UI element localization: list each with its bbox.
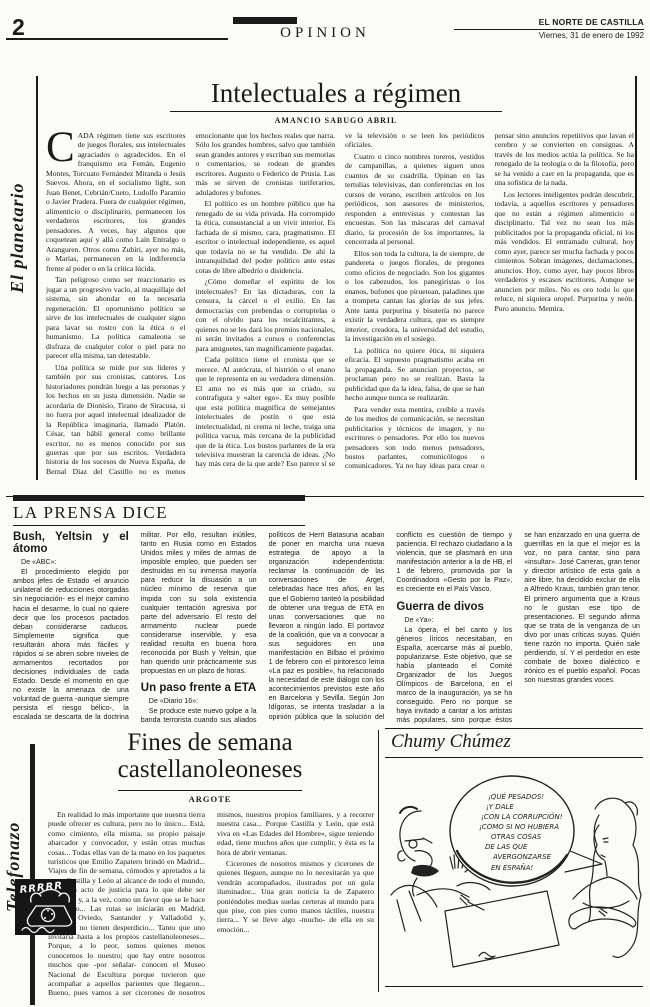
cartoon-rule-mid [385,757,643,758]
bubble-line: ¡Y DALE [486,803,514,811]
woman-figure [569,798,641,957]
article-title: Intelectuales a régimen [36,78,636,109]
cartoon-rule-bottom [385,986,643,987]
masthead-rule [454,29,644,30]
bubble-line: EN ESPAÑA! [491,863,533,872]
press-item-heading: Un paso frente a ETA [141,682,257,694]
vertical-rule [36,76,38,480]
paragraph: Cuatro o cinco nombres toreros, vestidos… [345,152,485,247]
cartoon-author: Chumy Chúmez [391,731,511,753]
thick-vertical-bar [30,744,35,1005]
byline-rule [118,790,302,791]
paragraph: Ellos son toda la cultura, la de siempre… [345,249,485,344]
section-bar [233,17,297,24]
bubble-line: OTRAS COSAS [491,833,542,841]
press-item-heading: Bush, Yeltsin y el átomo [13,531,129,555]
vertical-rule [378,730,379,992]
paragraph: La política no quiere ética, ni siquiera… [345,346,485,403]
section-heading-bar [13,495,305,501]
article-byline: AMANCIO SABUGO ABRIL [36,116,636,125]
newspaper-name: EL NORTE DE CASTILLA [454,17,644,27]
article-body: CADA régimen tiene sus escritores de jue… [46,131,634,477]
vertical-rule [635,76,637,480]
fines-body: En realidad lo más importante que nuestr… [48,810,374,1004]
press-item-heading: Guerra de divos [396,601,512,613]
drop-cap: C [46,131,78,165]
paragraph: ¿Cómo domeñar el espíritu de los intelec… [196,277,336,353]
bubble-line: ¡COMO SI NO HUBIERA [479,823,559,831]
issue-date: Viernes, 31 de enero de 1992 [454,31,644,40]
newspaper-page: 2 OPINION EL NORTE DE CASTILLA Viernes, … [0,0,650,1007]
bubble-line: AVERGONZARSE [492,853,552,861]
prensa-dice-body: Bush, Yeltsin y el átomo De «ABC»: El pr… [13,531,640,727]
heading-rule [13,525,305,526]
paragraph: Los lectores inteligentes podrán descubr… [495,190,635,313]
press-item-source: De «Ya»: [396,616,512,625]
paragraph: CADA régimen tiene sus escritores de jue… [46,131,186,273]
masthead: EL NORTE DE CASTILLA Viernes, 31 de ener… [454,17,644,40]
bubble-line: ¡QUÉ PESADOS! [488,792,544,801]
press-item-source: De «Diario 16»: [141,697,257,706]
cartoon-drawing: ¡QUÉ PESADOS! ¡Y DALE ¡CON LA CORRUPCIÓN… [387,759,643,985]
column-kicker-el-planetario: El planetario [7,128,28,293]
bubble-line: DE LAS QUE [485,843,528,851]
paragraph: Cicerones de nosotros mismos y cicerones… [217,859,374,934]
bubble-line: ¡CON LA CORRUPCIÓN! [481,812,563,821]
cartoon-rule-top [385,728,643,729]
prensa-dice-title: LA PRENSA DICE [13,503,168,523]
fines-title: Fines de semana castellanoleoneses [46,730,374,783]
press-item-source: De «ABC»: [13,558,129,567]
paragraph: El político es un hombre público que ha … [196,199,336,275]
telephone-icon: RRRRR [15,879,76,935]
paragraph: Tan peligroso como ser reaccionario es j… [46,275,186,360]
fines-byline: ARGOTE [46,794,374,804]
title-rule [170,111,502,112]
